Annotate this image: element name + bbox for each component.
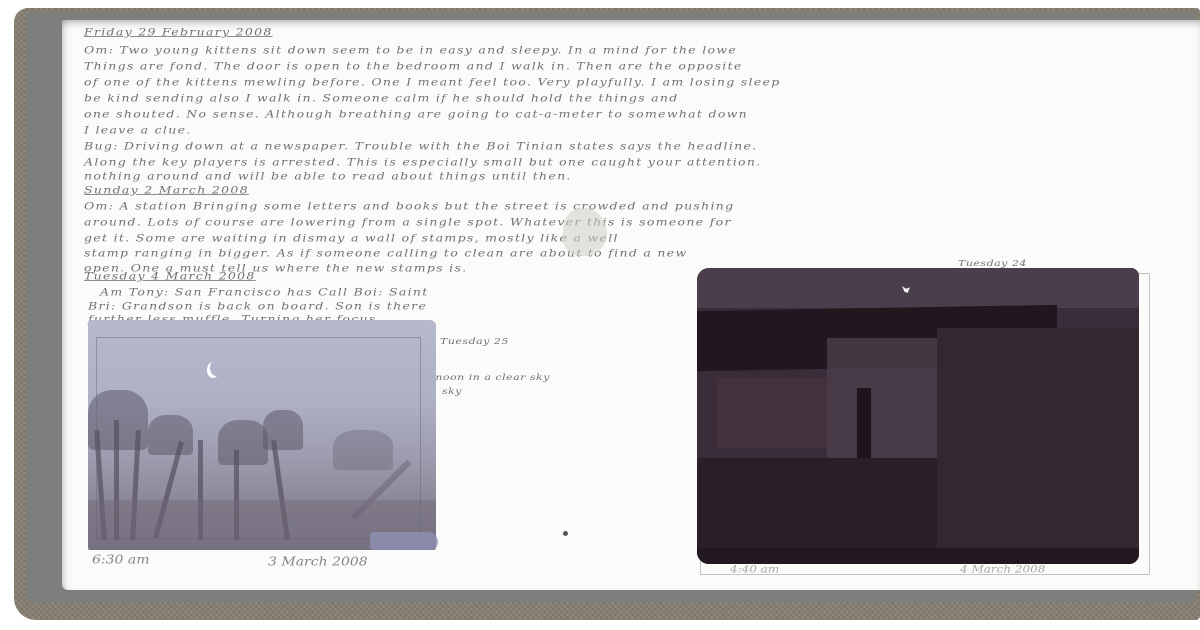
side-note-text: moon in a clear sky	[432, 372, 550, 382]
entry-line: Things are fond. The door is open to the…	[84, 60, 743, 72]
side-note-text: sky	[442, 386, 462, 396]
entry-line: Bug: Driving down at a newspaper. Troubl…	[84, 140, 757, 152]
entry-line: Om: A station Bringing some letters and …	[84, 200, 734, 212]
entry-line: I leave a clue.	[84, 124, 192, 136]
entry-line: Am Tony: San Francisco has Call Boi: Sai…	[100, 286, 429, 298]
painting-caption-time: 4:40 am	[730, 563, 779, 575]
entry-line: Om: Two young kittens sit down seem to b…	[84, 44, 737, 56]
entry-line: Along the key players is arrested. This …	[84, 156, 761, 168]
painting-caption-date: 4 March 2008	[960, 563, 1045, 575]
entry-line: be kind sending also I walk in. Someone …	[84, 92, 679, 104]
entry-heading: Sunday 2 March 2008	[84, 184, 249, 196]
water-wash	[370, 532, 438, 550]
entry-line: around. Lots of course are lowering from…	[84, 216, 732, 228]
entry-line: of one of the kittens mewling before. On…	[84, 76, 781, 88]
paper-stain	[563, 208, 607, 256]
entry-line: nothing around and will be able to read …	[84, 170, 572, 182]
margin-note: Tuesday 24	[958, 258, 1027, 268]
pencil-frame	[96, 337, 421, 539]
painting-caption-date: 3 March 2008	[268, 555, 368, 569]
ink-dot	[563, 531, 568, 536]
watercolor-night-building	[697, 268, 1139, 564]
entry-heading: Friday 29 February 2008	[84, 26, 273, 38]
entry-line: get it. Some are waiting in dismay a wal…	[84, 232, 619, 244]
entry-line: Bri: Grandson is back on board. Son is t…	[88, 300, 427, 312]
entry-line: one shouted. No sense. Although breathin…	[84, 108, 748, 120]
painting-caption-time: 6:30 am	[92, 553, 150, 567]
entry-heading: Tuesday 4 March 2008	[84, 270, 256, 282]
side-note-date: Tuesday 25	[440, 336, 509, 346]
